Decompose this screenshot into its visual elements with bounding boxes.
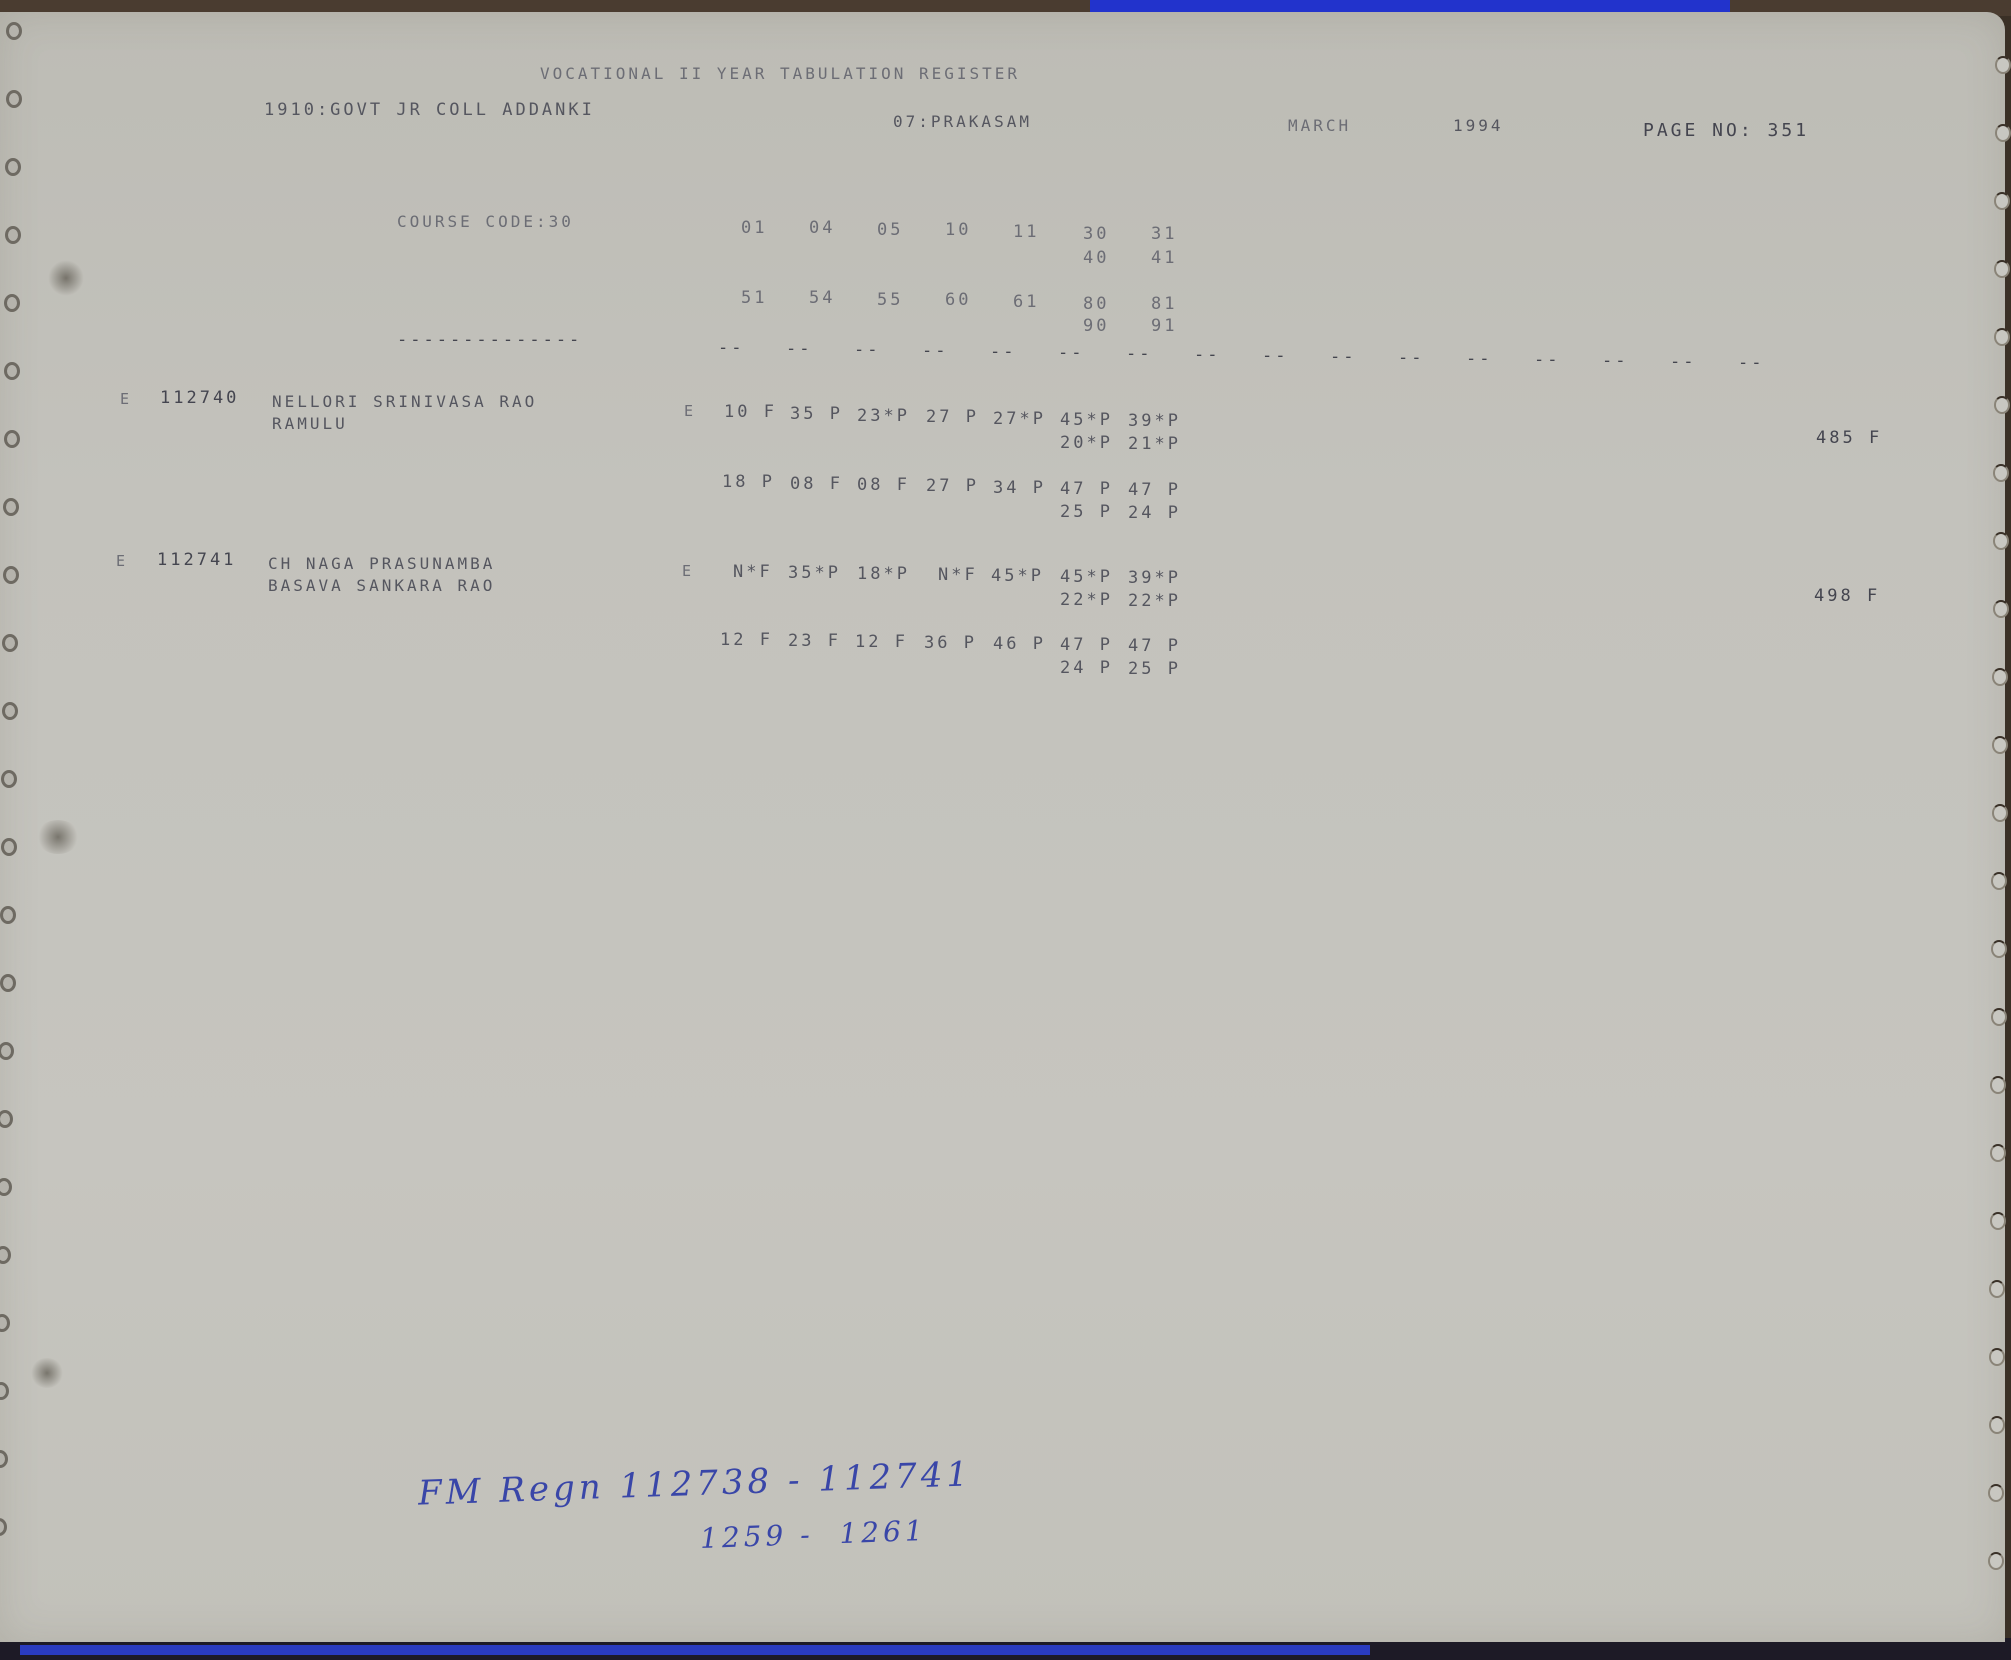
perforation-hole (0, 1110, 13, 1128)
subject-code: 31 (1151, 224, 1177, 244)
mark-cell: 47 P (1128, 480, 1181, 500)
column-separator: -- (854, 340, 880, 360)
mark-cell: 35 P (790, 404, 843, 424)
mark-cell: N*F (938, 565, 978, 585)
subject-code: 11 (1013, 222, 1039, 242)
perforation-hole (2, 634, 18, 652)
subject-code: 81 (1151, 294, 1177, 314)
subject-code: 10 (945, 220, 971, 240)
mark-cell: N*F (733, 562, 773, 582)
candidate-category: E (120, 390, 132, 408)
district-name: 07:PRAKASAM (893, 112, 1032, 131)
perforation-hole (1989, 1348, 2005, 1366)
column-separator: -- (1262, 346, 1288, 366)
perforation-hole (2, 702, 18, 720)
mark-cell: 24 P (1128, 503, 1181, 523)
mark-cell: 20*P (1060, 433, 1113, 453)
perforation-hole (0, 1314, 10, 1332)
scan-background-blue-object-bottom (20, 1645, 1370, 1655)
candidate-name: NELLORI SRINIVASA RAO (272, 392, 537, 411)
perforation-hole (1993, 464, 2009, 482)
perforation-hole (1991, 1008, 2007, 1026)
perforation-hole (1992, 668, 2008, 686)
perforation-hole (0, 1178, 12, 1196)
mark-cell: 08 F (790, 474, 843, 494)
mark-cell: 47 P (1060, 479, 1113, 499)
report-title: VOCATIONAL II YEAR TABULATION REGISTER (540, 64, 1020, 83)
perforation-hole (1993, 532, 2009, 550)
perforation-hole (3, 498, 19, 516)
mark-cell: 45*P (991, 566, 1044, 586)
mark-cell: 24 P (1060, 658, 1113, 678)
mark-cell: 45*P (1060, 567, 1113, 587)
ink-smudge (36, 820, 80, 854)
candidate-father-name: BASAVA SANKARA RAO (268, 576, 495, 595)
perforation-hole (3, 566, 19, 584)
exam-month: MARCH (1288, 116, 1351, 135)
scan-background-blue-object (1090, 0, 1730, 12)
perforation-hole (1992, 804, 2008, 822)
perforation-hole (1988, 1484, 2004, 1502)
perforation-hole (1989, 1280, 2005, 1298)
course-code-underline: -------------- (397, 330, 582, 350)
handwritten-register-range: FM Regn 112738 - 112741 (417, 1454, 972, 1513)
column-separator: -- (1330, 347, 1356, 367)
perforation-hole (1989, 1416, 2005, 1434)
perforation-hole (6, 90, 22, 108)
perforation-hole (1994, 260, 2010, 278)
course-code: COURSE CODE:30 (397, 212, 574, 231)
mark-cell: 25 P (1060, 502, 1113, 522)
candidate-medium: E (684, 402, 696, 420)
hall-ticket-number: 112740 (160, 388, 239, 408)
perforation-hole (0, 1246, 11, 1264)
perforation-hole (0, 1518, 7, 1536)
mark-cell: 35*P (788, 563, 841, 583)
mark-cell: 22*P (1128, 591, 1181, 611)
perforation-hole (5, 158, 21, 176)
perforation-hole (1992, 736, 2008, 754)
subject-code: 01 (741, 218, 767, 238)
subject-code: 04 (809, 218, 835, 238)
column-separator: -- (1670, 352, 1696, 372)
total-result: 498 F (1814, 586, 1880, 606)
column-separator: -- (990, 342, 1016, 362)
mark-cell: 47 P (1060, 635, 1113, 655)
column-separator: -- (1738, 353, 1764, 373)
perforation-hole (1994, 328, 2010, 346)
column-separator: -- (718, 338, 744, 358)
perforation-hole (1, 770, 17, 788)
perforation-hole (1990, 1212, 2006, 1230)
mark-cell: 12 F (855, 632, 908, 652)
candidate-father-name: RAMULU (272, 414, 348, 433)
column-separator: -- (922, 341, 948, 361)
printout-page: VOCATIONAL II YEAR TABULATION REGISTER 1… (0, 12, 2005, 1642)
perforation-hole (0, 906, 16, 924)
mark-cell: 08 F (857, 475, 910, 495)
mark-cell: 23 F (788, 631, 841, 651)
subject-code: 90 (1083, 316, 1109, 336)
perforation-hole (0, 1042, 14, 1060)
perforation-hole (1991, 872, 2007, 890)
column-separator: -- (1058, 343, 1084, 363)
perforation-hole (0, 974, 16, 992)
mark-cell: 27 P (926, 476, 979, 496)
column-separator: -- (1126, 344, 1152, 364)
candidate-medium: E (682, 562, 694, 580)
hall-ticket-number: 112741 (157, 550, 236, 570)
mark-cell: 36 P (924, 633, 977, 653)
mark-cell: 23*P (857, 406, 910, 426)
perforation-hole (0, 1382, 9, 1400)
mark-cell: 27 P (926, 407, 979, 427)
perforation-hole (1990, 1144, 2006, 1162)
subject-code: 30 (1083, 224, 1109, 244)
subject-code: 41 (1151, 248, 1177, 268)
column-separator: -- (1466, 349, 1492, 369)
perforation-hole (1995, 56, 2011, 74)
perforation-hole (1993, 600, 2009, 618)
handwritten-serial-range: 1259 - 1261 (699, 1514, 927, 1555)
subject-code: 61 (1013, 292, 1039, 312)
subject-code: 80 (1083, 294, 1109, 314)
mark-cell: 25 P (1128, 659, 1181, 679)
mark-cell: 45*P (1060, 410, 1113, 430)
perforation-hole (4, 430, 20, 448)
mark-cell: 46 P (993, 634, 1046, 654)
column-separator: -- (786, 339, 812, 359)
subject-code: 60 (945, 290, 971, 310)
perforation-hole (1990, 1076, 2006, 1094)
subject-code: 40 (1083, 248, 1109, 268)
page-number: PAGE NO: 351 (1643, 120, 1809, 141)
perforation-hole (1995, 124, 2011, 142)
perforation-hole (6, 22, 22, 40)
subject-code: 05 (877, 220, 903, 240)
mark-cell: 18 P (722, 472, 775, 492)
college-name: 1910:GOVT JR COLL ADDANKI (264, 100, 595, 120)
subject-code: 55 (877, 290, 903, 310)
perforation-hole (4, 294, 20, 312)
column-separator: -- (1602, 351, 1628, 371)
mark-cell: 39*P (1128, 411, 1181, 431)
perforation-hole (1988, 1552, 2004, 1570)
mark-cell: 34 P (993, 478, 1046, 498)
total-result: 485 F (1816, 428, 1882, 448)
subject-code: 91 (1151, 316, 1177, 336)
column-separator: -- (1194, 345, 1220, 365)
ink-smudge (48, 260, 84, 296)
perforation-hole (4, 362, 20, 380)
column-separator: -- (1534, 350, 1560, 370)
mark-cell: 27*P (993, 409, 1046, 429)
perforation-hole (1, 838, 17, 856)
mark-cell: 22*P (1060, 590, 1113, 610)
mark-cell: 39*P (1128, 568, 1181, 588)
mark-cell: 18*P (857, 564, 910, 584)
exam-year: 1994 (1453, 116, 1504, 135)
column-separator: -- (1398, 348, 1424, 368)
subject-code: 51 (741, 288, 767, 308)
ink-smudge (30, 1358, 64, 1388)
perforation-hole (1994, 192, 2010, 210)
mark-cell: 12 F (720, 630, 773, 650)
candidate-category: E (116, 552, 128, 570)
perforation-hole (0, 1450, 8, 1468)
mark-cell: 47 P (1128, 636, 1181, 656)
perforation-hole (1994, 396, 2010, 414)
perforation-hole (5, 226, 21, 244)
subject-code: 54 (809, 288, 835, 308)
mark-cell: 21*P (1128, 434, 1181, 454)
perforation-hole (1991, 940, 2007, 958)
candidate-name: CH NAGA PRASUNAMBA (268, 554, 495, 573)
mark-cell: 10 F (724, 402, 777, 422)
